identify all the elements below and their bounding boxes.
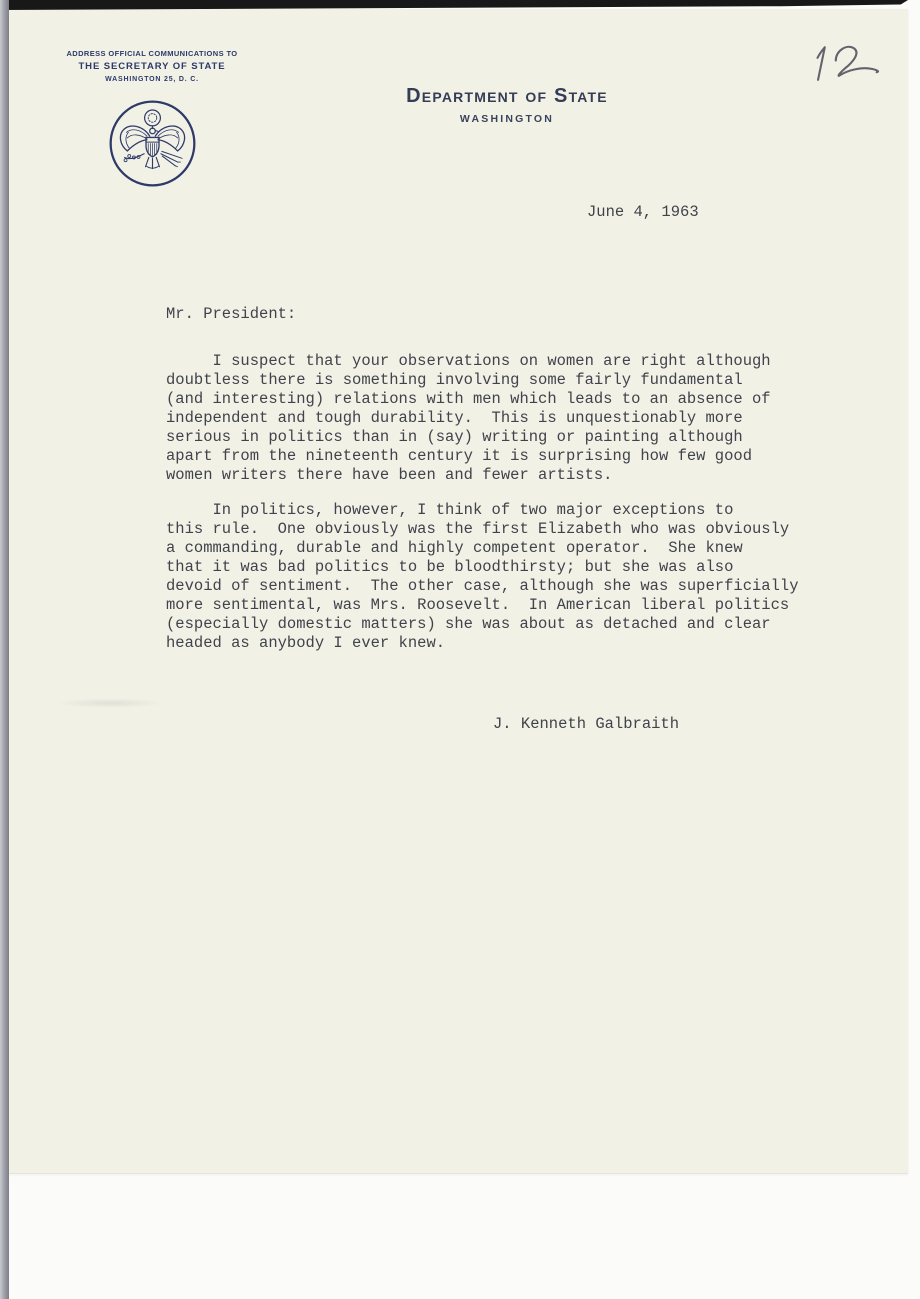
- paragraph-2: In politics, however, I think of two maj…: [166, 501, 866, 653]
- scan-edge-left-strip: [0, 0, 9, 1299]
- letterhead-address-line3: WASHINGTON 25, D. C.: [52, 74, 252, 86]
- department-city: WASHINGTON: [357, 113, 657, 125]
- great-seal-icon: [106, 97, 199, 190]
- department-title: Department of State: [357, 86, 657, 106]
- handwritten-page-number: [796, 35, 891, 93]
- letterhead-address-line1: ADDRESS OFFICIAL COMMUNICATIONS TO: [52, 48, 252, 60]
- scan-smudge: [55, 698, 165, 708]
- salutation: Mr. President:: [166, 305, 866, 324]
- letter-date: June 4, 1963: [587, 203, 699, 222]
- letterhead-title-block: Department of State WASHINGTON: [357, 86, 657, 125]
- letter-body: Mr. President: I suspect that your obser…: [166, 305, 866, 653]
- paragraph-1: I suspect that your observations on wome…: [166, 352, 866, 485]
- letterhead-address-block: ADDRESS OFFICIAL COMMUNICATIONS TO THE S…: [52, 48, 252, 86]
- signature: J. Kenneth Galbraith: [493, 715, 679, 734]
- letterhead-address-line2: THE SECRETARY OF STATE: [52, 60, 252, 74]
